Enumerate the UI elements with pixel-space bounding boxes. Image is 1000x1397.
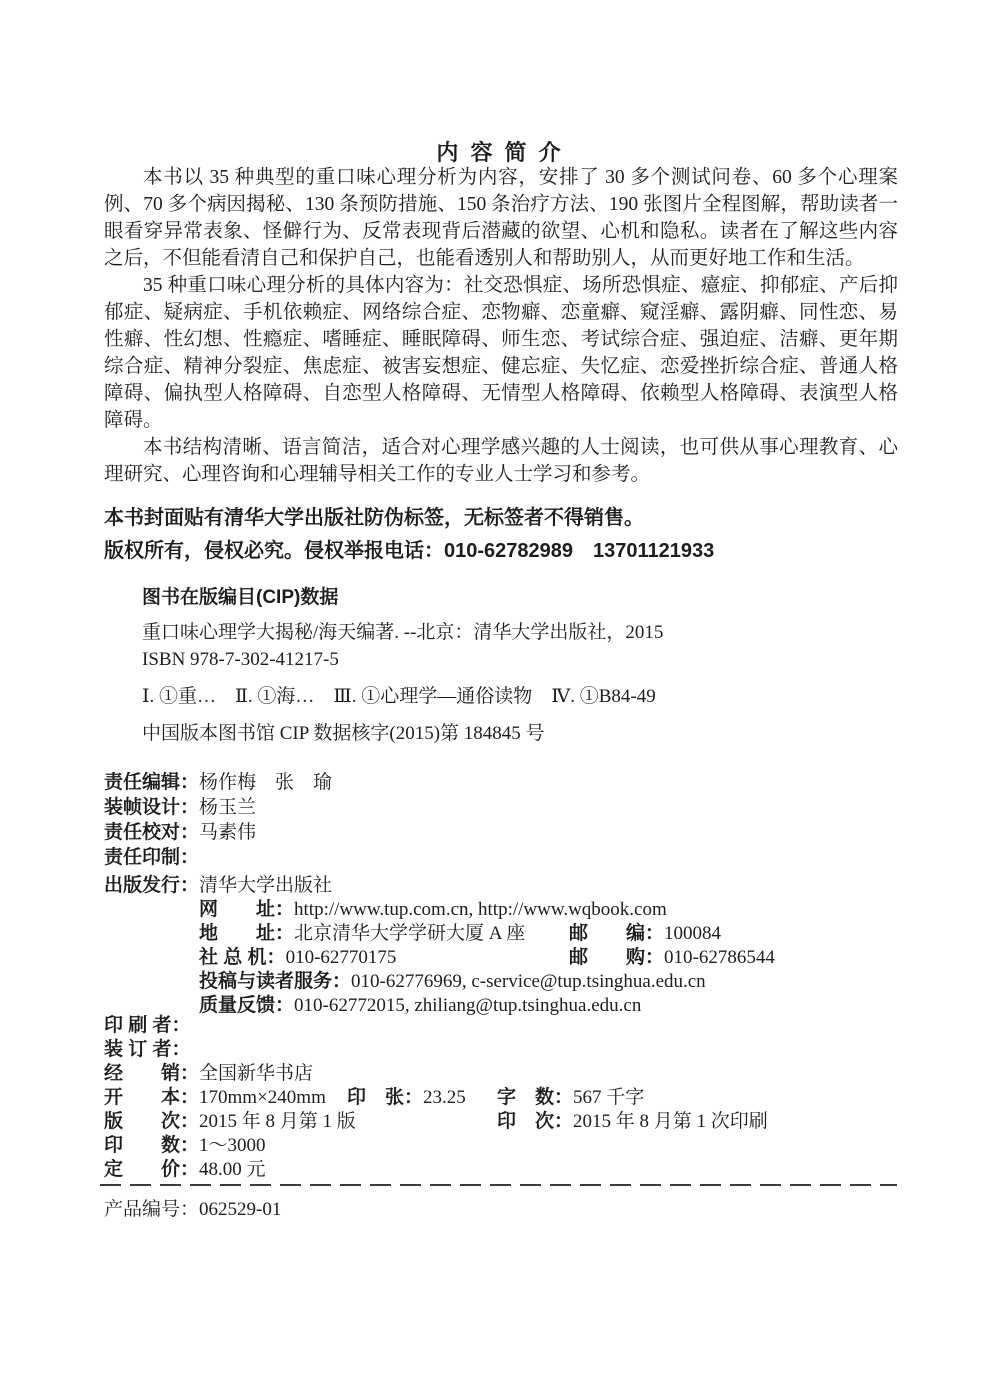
designer-value: 杨玉兰 xyxy=(199,797,256,818)
address-value: 北京清华大学学研大厦 A 座 xyxy=(294,923,525,944)
edition-label: 版 次： xyxy=(104,1111,199,1132)
content-summary: 本书以 35 种典型的重口味心理分析为内容，安排了 30 多个测试问卷、60 多… xyxy=(104,164,898,488)
distributor-row: 经 销：全国新华书店 xyxy=(104,1062,904,1086)
cip-registry-number: 中国版本图书馆 CIP 数据核字(2015)第 184845 号 xyxy=(142,721,862,746)
dashed-divider xyxy=(100,1184,897,1186)
price-row: 定 价：48.00 元 xyxy=(104,1158,904,1182)
printer-row: 印 刷 者： xyxy=(104,1014,904,1038)
credit-row-print-supervisor: 责任印制： xyxy=(104,845,898,870)
zip-label: 邮 编： xyxy=(569,923,664,944)
cip-header: 图书在版编目(CIP)数据 xyxy=(142,585,862,610)
quality-feedback-value: 010-62772015, zhiliang@tup.tsinghua.edu.… xyxy=(294,995,641,1016)
printrun-value: 1～3000 xyxy=(199,1135,266,1156)
copyright-warning-line: 版权所有，侵权必究。侵权举报电话：010-62782989 1370112193… xyxy=(104,535,898,568)
price-label: 定 价： xyxy=(104,1159,199,1180)
impression-value: 2015 年 8 月第 1 次印刷 xyxy=(573,1111,768,1132)
reader-service-value: 010-62776969, c-service@tup.tsinghua.edu… xyxy=(351,971,706,992)
cip-classification: Ⅰ. ①重… Ⅱ. ①海… Ⅲ. ①心理学—通俗读物 Ⅳ. ①B84-49 xyxy=(142,684,862,709)
switchboard-value: 010-62770175 xyxy=(286,947,397,968)
copyright-page: 内 容 简 介 本书以 35 种典型的重口味心理分析为内容，安排了 30 多个测… xyxy=(0,0,1000,1397)
summary-paragraph: 本书以 35 种典型的重口味心理分析为内容，安排了 30 多个测试问卷、60 多… xyxy=(104,164,898,272)
editor-label: 责任编辑： xyxy=(104,772,199,793)
credit-row-designer: 装帧设计：杨玉兰 xyxy=(104,795,898,820)
address-label: 地 址： xyxy=(199,923,294,944)
printrun-row: 印 数：1～3000 xyxy=(104,1134,904,1158)
edition-value: 2015 年 8 月第 1 版 xyxy=(199,1111,356,1132)
publisher-name: 清华大学出版社 xyxy=(199,875,332,896)
publisher-row: 出版发行：清华大学出版社 xyxy=(104,874,904,898)
switchboard-row: 社 总 机：010-62770175 邮 购：010-62786544 xyxy=(104,946,904,970)
zip-value: 100084 xyxy=(664,923,721,944)
switchboard-label: 社 总 机： xyxy=(199,947,286,968)
impression-label: 印 次： xyxy=(497,1111,573,1132)
product-number-label: 产品编号： xyxy=(104,1199,199,1220)
cip-record: 重口味心理学大揭秘/海天编著. --北京：清华大学出版社，2015 xyxy=(142,620,862,645)
printing-info-block: 印 刷 者： 装 订 者： 经 销：全国新华书店 开 本：170mm×240mm… xyxy=(104,1014,904,1182)
binder-label: 装 订 者： xyxy=(104,1039,191,1060)
sheets-label: 印 张： xyxy=(347,1087,423,1108)
page-title: 内 容 简 介 xyxy=(0,136,1000,167)
mail-order-label: 邮 购： xyxy=(569,947,664,968)
credit-row-proofreader: 责任校对：马素伟 xyxy=(104,820,898,845)
reader-service-label: 投稿与读者服务： xyxy=(199,971,351,992)
print-supervisor-label: 责任印制： xyxy=(104,847,199,868)
summary-paragraph: 35 种重口味心理分析的具体内容为：社交恐惧症、场所恐惧症、癔症、抑郁症、产后抑… xyxy=(104,272,898,434)
wordcount-label: 字 数： xyxy=(497,1087,573,1108)
anti-piracy-notice: 本书封面贴有清华大学出版社防伪标签，无标签者不得销售。 版权所有，侵权必究。侵权… xyxy=(104,502,898,568)
printrun-label: 印 数： xyxy=(104,1135,199,1156)
sheets-value: 23.25 xyxy=(423,1087,466,1108)
website-value: http://www.tup.com.cn, http://www.wqbook… xyxy=(294,899,667,920)
cip-isbn: ISBN 978-7-302-41217-5 xyxy=(142,647,862,672)
designer-label: 装帧设计： xyxy=(104,797,199,818)
proofreader-value: 马素伟 xyxy=(199,822,256,843)
summary-paragraph: 本书结构清晰、语言简洁，适合对心理学感兴趣的人士阅读，也可供从事心理教育、心理研… xyxy=(104,434,898,488)
product-number: 产品编号：062529-01 xyxy=(104,1197,281,1222)
wordcount-value: 567 千字 xyxy=(573,1087,644,1108)
format-row: 开 本：170mm×240mm 印 张：23.25 字 数：567 千字 xyxy=(104,1086,904,1110)
editor-value: 杨作梅 张 瑜 xyxy=(199,772,332,793)
proofreader-label: 责任校对： xyxy=(104,822,199,843)
staff-credits: 责任编辑：杨作梅 张 瑜 装帧设计：杨玉兰 责任校对：马素伟 责任印制： xyxy=(104,770,898,870)
website-row: 网 址：http://www.tup.com.cn, http://www.wq… xyxy=(104,898,904,922)
website-label: 网 址： xyxy=(199,899,294,920)
distributor-label: 经 销： xyxy=(104,1063,199,1084)
mail-order-value: 010-62786544 xyxy=(664,947,775,968)
publisher-label: 出版发行： xyxy=(104,875,199,896)
distributor-value: 全国新华书店 xyxy=(199,1063,313,1084)
edition-row: 版 次：2015 年 8 月第 1 版 印 次：2015 年 8 月第 1 次印… xyxy=(104,1110,904,1134)
address-row: 地 址：北京清华大学学研大厦 A 座 邮 编：100084 xyxy=(104,922,904,946)
printer-label: 印 刷 者： xyxy=(104,1015,191,1036)
format-label: 开 本： xyxy=(104,1087,199,1108)
product-number-value: 062529-01 xyxy=(199,1199,281,1220)
format-value: 170mm×240mm xyxy=(199,1087,326,1108)
credit-row-editor: 责任编辑：杨作梅 张 瑜 xyxy=(104,770,898,795)
anti-counterfeit-line: 本书封面贴有清华大学出版社防伪标签，无标签者不得销售。 xyxy=(104,502,898,535)
cip-data-block: 图书在版编目(CIP)数据 重口味心理学大揭秘/海天编著. --北京：清华大学出… xyxy=(142,585,862,746)
price-value: 48.00 元 xyxy=(199,1159,266,1180)
quality-feedback-label: 质量反馈： xyxy=(199,995,294,1016)
reader-service-row: 投稿与读者服务：010-62776969, c-service@tup.tsin… xyxy=(104,970,904,994)
publisher-block: 出版发行：清华大学出版社 网 址：http://www.tup.com.cn, … xyxy=(104,874,904,1018)
binder-row: 装 订 者： xyxy=(104,1038,904,1062)
